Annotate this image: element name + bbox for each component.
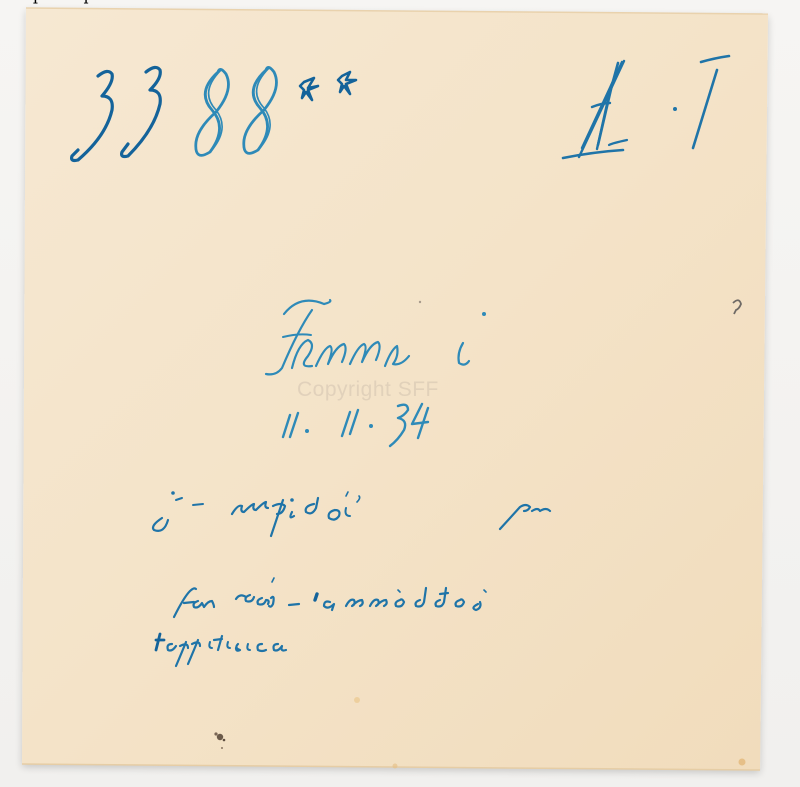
copyright-watermark: Copyright SFF — [297, 378, 439, 402]
note-line-3-text: tessitrice — [0, 0, 75, 4]
photo-stage: 3388 A.T — [0, 0, 800, 787]
archival-card: 3388 A.T — [0, 0, 800, 787]
